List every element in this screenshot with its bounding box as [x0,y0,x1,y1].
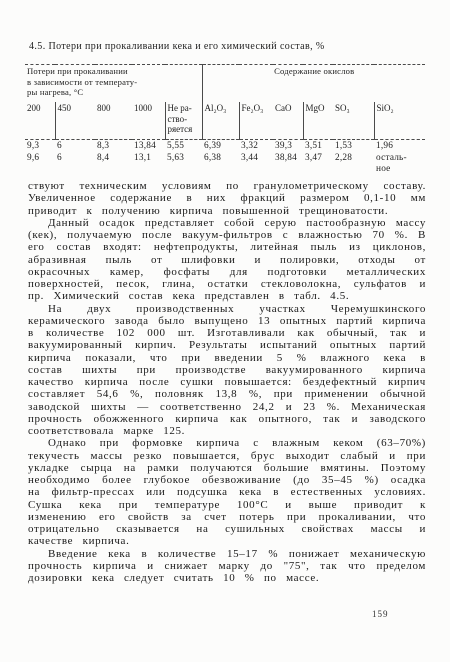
column-header-fe2o3: Fe₂O₃ [239,102,273,140]
column-header-insoluble: Не ра- ство- ряется [165,102,202,140]
table-cell: 3,32 [239,140,273,153]
table-cell: 2,28 [333,152,374,175]
table-column-header-row: 200 450 800 1000 Не ра- ство- ряется Al₂… [25,102,425,140]
group-header-oxide-content: Содержание окислов [202,65,425,103]
table-cell: 13,1 [132,152,165,175]
paragraph: Введение кека в количестве 15–17 % пониж… [28,548,426,585]
table-cell: 3,51 [303,140,333,153]
table-cell: 38,84 [273,152,303,175]
table-cell: 9,3 [25,140,55,153]
table-cell: 3,47 [303,152,333,175]
column-header-mgo: MgO [303,102,333,140]
table-cell: 9,6 [25,152,55,175]
table-row: 9,3 6 8,3 13,84 5,55 6,39 3,32 39,3 3,51… [25,140,425,153]
table-group-header-row: Потери при прокаливании в зависимости от… [25,65,425,103]
table-cell: 39,3 [273,140,303,153]
table-cell: 13,84 [132,140,165,153]
table-cell: 1,96 [374,140,425,153]
table-cell: 1,53 [333,140,374,153]
column-header-so3: SO₃ [333,102,374,140]
paragraph: На двух производственных участках Черему… [28,303,426,438]
table-cell: 6 [55,152,95,175]
column-header-200: 200 [25,102,55,140]
table-cell: 6,39 [202,140,239,153]
group-header-ignition-losses: Потери при прокаливании в зависимости от… [25,65,202,103]
paragraph: ствуют техническим условиям по грануломе… [28,180,426,217]
paragraph: Однако при формовке кирпича с влажным ке… [28,437,426,547]
page-number: 159 [372,609,389,619]
column-header-800: 800 [95,102,132,140]
table-row: 9,6 6 8,4 13,1 5,63 6,38 3,44 38,84 3,47… [25,152,425,175]
paragraph: Данный осадок представляет собой серую п… [28,217,426,303]
table-caption: 4.5. Потери при прокаливании кека и его … [29,41,429,52]
column-header-sio2: SiO₂ [374,102,425,140]
table-cell: 5,63 [165,152,202,175]
table-cell: осталь- ное [374,152,425,175]
table-cell: 8,3 [95,140,132,153]
table-cell: 5,55 [165,140,202,153]
column-header-450: 450 [55,102,95,140]
scanned-book-page: 4.5. Потери при прокаливании кека и его … [0,0,450,662]
table-cell: 6 [55,140,95,153]
table-4-5: Потери при прокаливании в зависимости от… [25,64,425,175]
column-header-1000: 1000 [132,102,165,140]
column-header-cao: CaO [273,102,303,140]
table-cell: 3,44 [239,152,273,175]
column-header-al2o3: Al₂O₃ [202,102,239,140]
body-text: ствуют техническим условиям по грануломе… [28,180,426,584]
table-cell: 8,4 [95,152,132,175]
table-cell: 6,38 [202,152,239,175]
